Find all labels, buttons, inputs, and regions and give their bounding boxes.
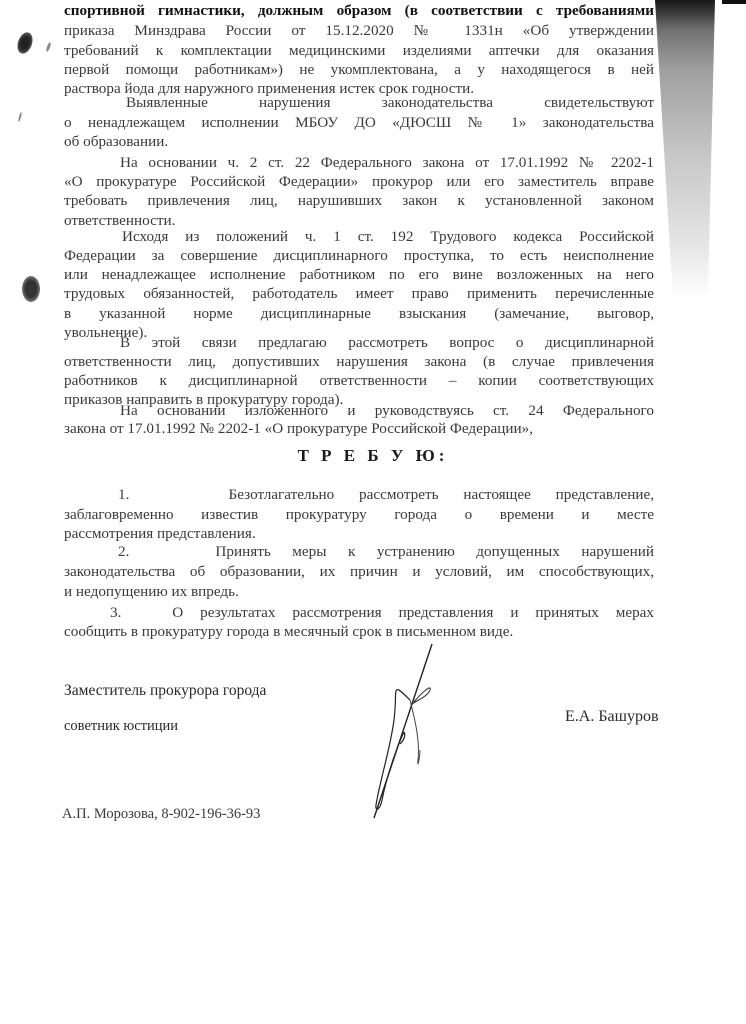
text-line: ответственности лиц, допустивших нарушен… xyxy=(64,353,654,371)
text-line: или ненадлежащее исполнение работником п… xyxy=(64,266,654,284)
text-line: рассмотрения представления. xyxy=(64,525,654,543)
text-line: о ненадлежащем исполнении МБОУ ДО «ДЮСШ … xyxy=(64,114,654,132)
text-line: трудовых обязанностей, работодатель имее… xyxy=(64,285,654,303)
scan-speck xyxy=(18,112,23,122)
scan-speck xyxy=(45,42,51,52)
text-line: 2. Принять меры к устранению допущенных … xyxy=(118,543,654,561)
text-line: первой помощи работникам») не укомплекто… xyxy=(64,61,654,79)
text-line: работников к дисциплинарной ответственно… xyxy=(64,372,654,390)
demand-number: 3. xyxy=(110,604,121,621)
demand-text: О результатах рассмотрения представления… xyxy=(172,604,654,621)
scan-edge-mark xyxy=(722,0,746,4)
text-line: 1. Безотлагательно рассмотреть настоящее… xyxy=(118,486,654,504)
demand-number: 1. xyxy=(118,486,129,503)
demand-text: Безотлагательно рассмотреть настоящее пр… xyxy=(229,486,654,503)
text-line: в указанной норме дисциплинарные взыскан… xyxy=(64,305,654,323)
signatory-position: Заместитель прокурора города xyxy=(64,682,266,700)
text-line: сообщить в прокуратуру города в месячный… xyxy=(64,623,654,641)
text-line: Федерации за совершение дисциплинарного … xyxy=(64,247,654,265)
demand-heading: Т Р Е Б У Ю: xyxy=(0,446,746,466)
text-line: и недопущению их впредь. xyxy=(64,583,654,601)
punch-hole-mark xyxy=(22,276,40,302)
text-line: требовать привлечения лиц, нарушивших за… xyxy=(64,192,654,210)
text-line: Выявленные нарушения законодательства св… xyxy=(126,94,654,112)
signatory-name: Е.А. Башуров xyxy=(565,708,659,726)
scanned-document-page: спортивной гимнастики, должным образом (… xyxy=(0,0,746,1024)
executor-contact: А.П. Морозова, 8-902-196-36-93 xyxy=(62,806,260,823)
text-line: закона от 17.01.1992 № 2202-1 «О прокура… xyxy=(64,420,654,438)
scan-edge-shadow xyxy=(655,0,715,300)
text-line: заблаговременно известив прокуратуру гор… xyxy=(64,506,654,524)
demand-number: 2. xyxy=(118,543,129,560)
signatory-rank: советник юстиции xyxy=(64,718,178,735)
text-line: На основании ч. 2 ст. 22 Федерального за… xyxy=(120,154,654,172)
text-line: об образовании. xyxy=(64,133,654,151)
text-line: приказа Минздрава России от 15.12.2020 №… xyxy=(64,22,654,40)
text-line: На основании изложенного и руководствуяс… xyxy=(120,402,654,420)
text-line: В этой связи предлагаю рассмотреть вопро… xyxy=(120,334,654,352)
text-line: требований к комплектации медицинскими и… xyxy=(64,42,654,60)
text-line: спортивной гимнастики, должным образом (… xyxy=(64,2,654,20)
text-line: законодательства об образовании, их прич… xyxy=(64,563,654,581)
text-line: Исходя из положений ч. 1 ст. 192 Трудово… xyxy=(122,228,654,246)
text-line: 3. О результатах рассмотрения представле… xyxy=(110,604,654,622)
text-line: «О прокуратуре Российской Федерации» про… xyxy=(64,173,654,191)
demand-text: Принять меры к устранению допущенных нар… xyxy=(215,543,654,560)
handwritten-signature xyxy=(360,640,480,820)
punch-hole-mark xyxy=(15,30,36,55)
